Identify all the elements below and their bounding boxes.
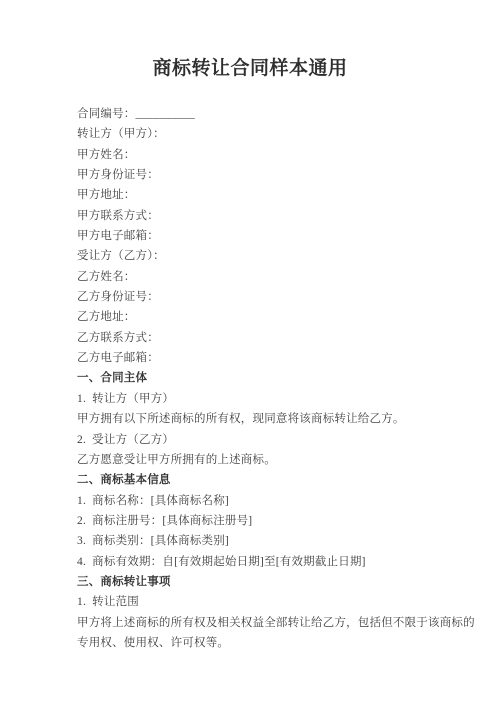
contract-page: 商标转让合同样本通用 合同编号：__________转让方（甲方）：甲方姓名：甲… xyxy=(0,0,500,707)
document-line: 甲方电子邮箱： xyxy=(77,226,460,246)
document-line: 3. 商标类别：[具体商标类别] xyxy=(77,531,460,551)
document-body: 合同编号：__________转让方（甲方）：甲方姓名：甲方身份证号：甲方地址：… xyxy=(77,104,460,653)
section-heading: 三、商标转让事项 xyxy=(77,572,460,592)
document-line: 2. 商标注册号：[具体商标注册号] xyxy=(77,511,460,531)
document-line: 乙方联系方式： xyxy=(77,328,460,348)
document-line: 专用权、使用权、许可权等。 xyxy=(77,633,460,653)
document-line: 1. 转让范围 xyxy=(77,592,460,612)
document-line: 2. 受让方（乙方） xyxy=(77,430,460,450)
document-line: 受让方（乙方）： xyxy=(77,246,460,266)
document-line: 1. 转让方（甲方） xyxy=(77,389,460,409)
document-line: 甲方地址： xyxy=(77,185,460,205)
document-line: 1. 商标名称：[具体商标名称] xyxy=(77,491,460,511)
document-line: 甲方联系方式： xyxy=(77,206,460,226)
document-line: 合同编号：__________ xyxy=(77,104,460,124)
document-line: 乙方愿意受让甲方所拥有的上述商标。 xyxy=(77,450,460,470)
document-line: 甲方将上述商标的所有权及相关权益全部转让给乙方，包括但不限于该商标的 xyxy=(77,613,460,633)
document-title: 商标转让合同样本通用 xyxy=(0,56,500,82)
document-line: 甲方身份证号： xyxy=(77,165,460,185)
document-line: 4. 商标有效期：自[有效期起始日期]至[有效期截止日期] xyxy=(77,552,460,572)
document-line: 乙方地址： xyxy=(77,307,460,327)
document-line: 甲方拥有以下所述商标的所有权，现同意将该商标转让给乙方。 xyxy=(77,409,460,429)
document-line: 甲方姓名： xyxy=(77,145,460,165)
document-line: 乙方电子邮箱： xyxy=(77,348,460,368)
document-line: 转让方（甲方）： xyxy=(77,124,460,144)
document-line: 乙方姓名： xyxy=(77,267,460,287)
document-line: 乙方身份证号： xyxy=(77,287,460,307)
section-heading: 一、合同主体 xyxy=(77,368,460,388)
section-heading: 二、商标基本信息 xyxy=(77,470,460,490)
